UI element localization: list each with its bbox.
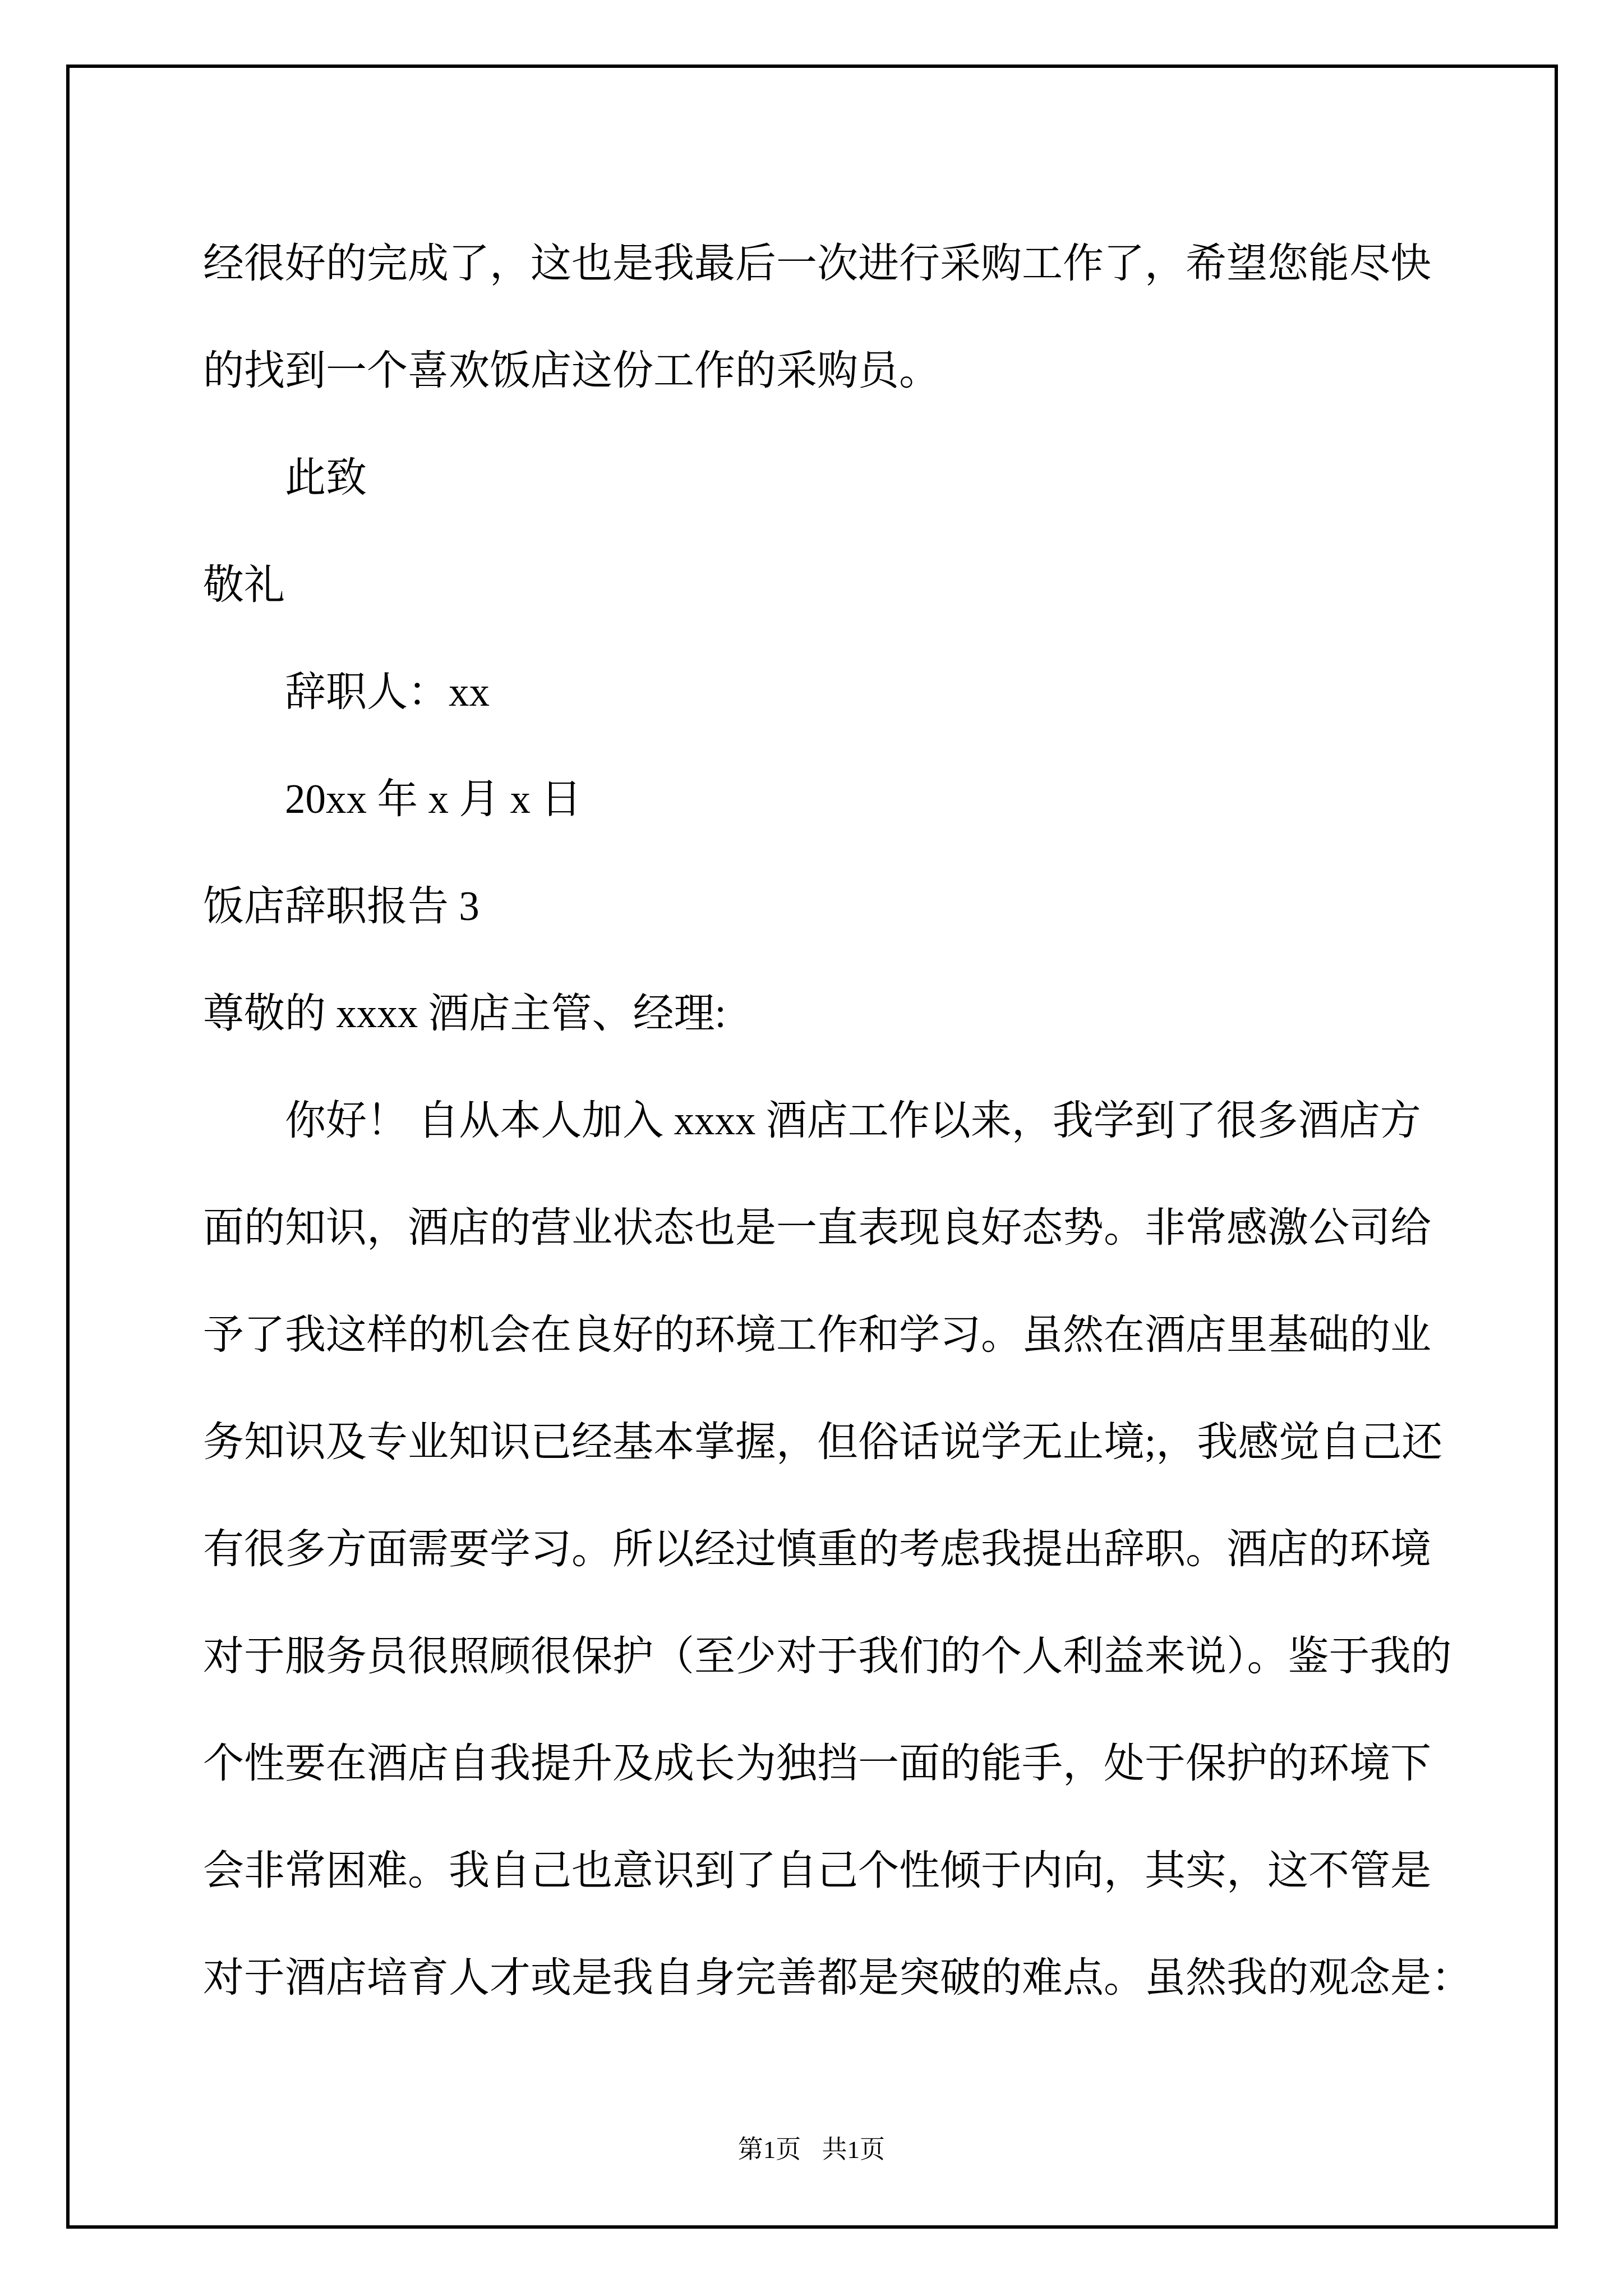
document-line-10: 面的知识，酒店的营业状态也是一直表现良好态势。非常感激公司给 [203, 1174, 1448, 1281]
page-number-text: 第1页 共1页 [738, 2136, 885, 2164]
document-line-12: 务知识及专业知识已经基本掌握，但俗话说学无止境;，我感觉自己还 [203, 1388, 1448, 1496]
page-footer: 第1页 共1页 [0, 2132, 1623, 2168]
document-line-9: 你好！ 自从本人加入 xxxx 酒店工作以来，我学到了很多酒店方 [203, 1067, 1448, 1174]
document-line-4: 敬礼 [203, 531, 1448, 638]
document-line-17: 对于酒店培育人才或是我自身完善都是突破的难点。虽然我的观念是： [203, 1924, 1448, 2031]
document-sheet: 经很好的完成了，这也是我最后一次进行采购工作了，希望您能尽快的找到一个喜欢饭店这… [0, 0, 1623, 2296]
document-line-3: 此致 [203, 424, 1448, 531]
document-line-11: 予了我这样的机会在良好的环境工作和学习。虽然在酒店里基础的业 [203, 1281, 1448, 1388]
document-body: 经很好的完成了，这也是我最后一次进行采购工作了，希望您能尽快的找到一个喜欢饭店这… [203, 210, 1448, 2031]
document-line-6: 20xx 年 x 月 x 日 [203, 746, 1448, 853]
page: { "document": { "lines": [ { "text": "经很… [0, 0, 1623, 2296]
document-line-14: 对于服务员很照顾很保护（至少对于我们的个人利益来说）。鉴于我的 [203, 1603, 1448, 1710]
document-line-5: 辞职人：xx [203, 638, 1448, 746]
document-line-16: 会非常困难。我自己也意识到了自己个性倾于内向，其实，这不管是 [203, 1817, 1448, 1924]
document-line-15: 个性要在酒店自我提升及成长为独挡一面的能手，处于保护的环境下 [203, 1710, 1448, 1817]
document-line-13: 有很多方面需要学习。所以经过慎重的考虑我提出辞职。酒店的环境 [203, 1496, 1448, 1603]
document-line-8: 尊敬的 xxxx 酒店主管、经理: [203, 960, 1448, 1067]
document-line-7: 饭店辞职报告 3 [203, 853, 1448, 960]
document-line-1: 经很好的完成了，这也是我最后一次进行采购工作了，希望您能尽快 [203, 210, 1448, 317]
document-line-2: 的找到一个喜欢饭店这份工作的采购员。 [203, 317, 1448, 424]
